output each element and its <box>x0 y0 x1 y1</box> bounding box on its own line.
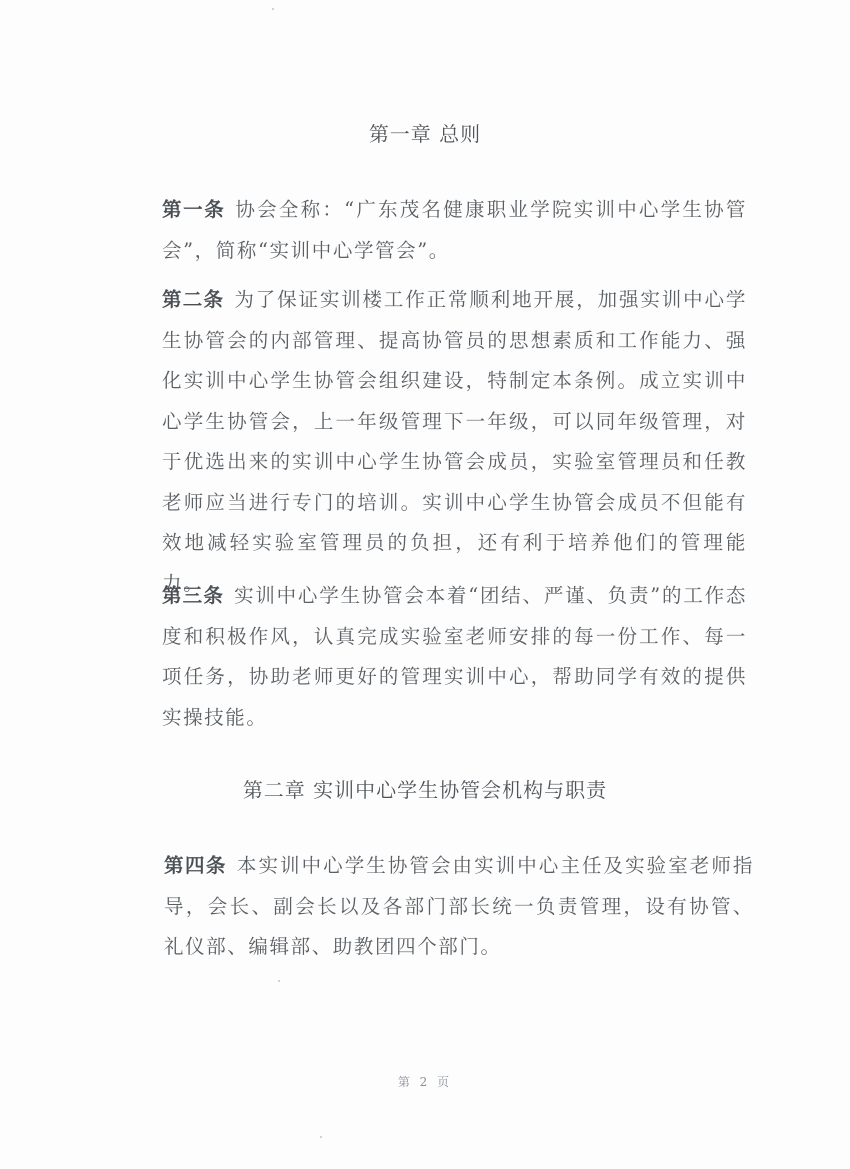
article-3-label: 第三条 <box>162 584 224 607</box>
article-4-label: 第四条 <box>164 854 227 877</box>
article-1-text: 协会全称：“广东茂名健康职业学院实训中心学生协管会”，简称“实训中心学管会”。 <box>162 198 747 262</box>
scan-speck <box>272 8 274 10</box>
chapter-2-title: 第二章 实训中心学生协管会机构与职责 <box>30 774 820 803</box>
scan-speck <box>320 1136 322 1138</box>
article-3-text: 实训中心学生协管会本着“团结、严谨、负责”的工作态度和积极作风，认真完成实验室老… <box>162 584 747 729</box>
scan-speck <box>278 980 280 982</box>
article-1-label: 第一条 <box>162 198 225 221</box>
page-number: 第 2 页 <box>0 1073 850 1090</box>
article-4: 第四条本实训中心学生协管会由实训中心主任及实验室老师指导，会长、副会长以及各部门… <box>164 846 754 968</box>
document-page: 第一章 总则 第一条协会全称：“广东茂名健康职业学院实训中心学生协管会”，简称“… <box>0 0 850 1169</box>
article-2-label: 第二条 <box>162 288 224 311</box>
chapter-1-title: 第一章 总则 <box>0 118 850 147</box>
article-2-text: 为了保证实训楼工作正常顺利地开展，加强实训中心学生协管会的内部管理、提高协管员的… <box>162 288 747 595</box>
article-1: 第一条协会全称：“广东茂名健康职业学院实训中心学生协管会”，简称“实训中心学管会… <box>162 190 747 271</box>
article-3: 第三条实训中心学生协管会本着“团结、严谨、负责”的工作态度和积极作风，认真完成实… <box>162 576 747 738</box>
article-2: 第二条为了保证实训楼工作正常顺利地开展，加强实训中心学生协管会的内部管理、提高协… <box>162 280 747 604</box>
article-4-text: 本实训中心学生协管会由实训中心主任及实验室老师指导，会长、副会长以及各部门部长统… <box>164 854 754 958</box>
